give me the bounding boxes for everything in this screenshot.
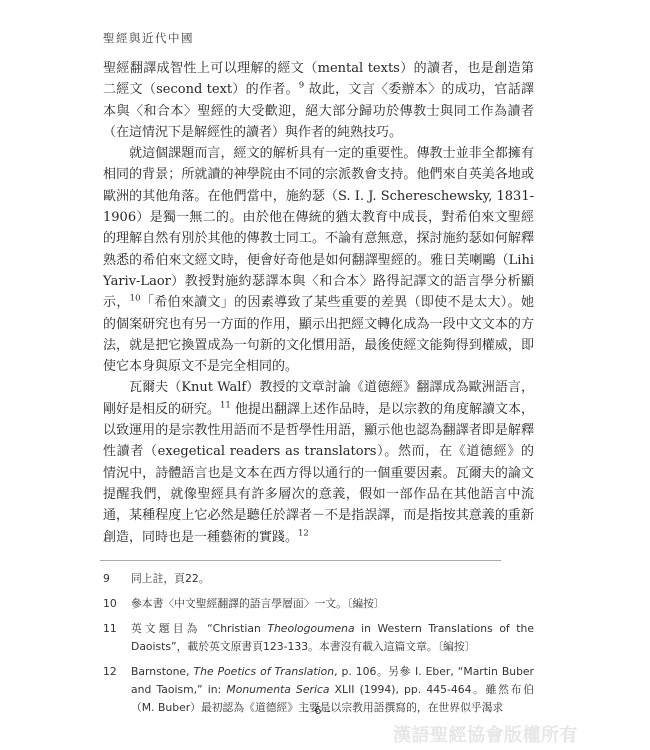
footnote-text: 英文題目為 “Christian Theologoumena in Wester… xyxy=(131,620,534,656)
text-segment: 英文題目為 “Christian xyxy=(131,622,267,635)
text-segment: Barnstone, xyxy=(131,665,194,678)
footnote-divider xyxy=(100,560,501,561)
text-segment: Monumenta Serica xyxy=(226,683,329,696)
footnote-text: 同上註，頁22。 xyxy=(131,570,534,588)
footnote-number: 10 xyxy=(103,595,131,613)
footnote-marker: 12 xyxy=(298,528,309,538)
footnote-number: 9 xyxy=(103,570,131,588)
book-page: 聖經與近代中國 聖經翻譯成智性上可以理解的經文（mental texts）的讀者… xyxy=(0,0,650,750)
text-segment: 就這個課題而言，經文的解析具有一定的重要性。傳教士並非全都擁有相同的背景；所就讀… xyxy=(103,146,534,310)
footnote: 9同上註，頁22。 xyxy=(103,570,534,588)
text-segment: 「希伯來讀文」的因素導致了某些重要的差異（即使不是太大）。她的個案研究也有另一方… xyxy=(103,295,534,374)
body-text: 聖經翻譯成智性上可以理解的經文（mental texts）的讀者，也是創造第二經… xyxy=(103,58,534,548)
body-paragraph: 瓦爾夫（Knut Walf）教授的文章討論《道德經》翻譯成為歐洲語言，剛好是相反… xyxy=(103,377,534,547)
body-paragraph: 就這個課題而言，經文的解析具有一定的重要性。傳教士並非全都擁有相同的背景；所就讀… xyxy=(103,143,534,377)
watermark: 漢語聖經協會版權所有 xyxy=(393,721,578,747)
footnote-marker: 11 xyxy=(220,400,231,410)
text-segment: Theologoumena xyxy=(267,622,354,635)
footnote: 10參本書〈中文聖經翻譯的語言學層面〉一文。〔編按〕 xyxy=(103,595,534,613)
body-paragraph: 聖經翻譯成智性上可以理解的經文（mental texts）的讀者，也是創造第二經… xyxy=(103,58,534,143)
footnotes: 9同上註，頁22。10參本書〈中文聖經翻譯的語言學層面〉一文。〔編按〕11英文題… xyxy=(103,570,534,724)
text-segment: 參本書〈中文聖經翻譯的語言學層面〉一文。〔編按〕 xyxy=(131,597,385,610)
running-header: 聖經與近代中國 xyxy=(103,30,194,46)
text-segment: The Poetics of Translation xyxy=(194,665,335,678)
page-number: - 6 - xyxy=(103,704,534,717)
text-segment: 他提出翻譯上述作品時，是以宗教的角度解讀文本，以致運用的是宗教性用語而不是哲學性… xyxy=(103,402,534,545)
footnote-text: 參本書〈中文聖經翻譯的語言學層面〉一文。〔編按〕 xyxy=(131,595,534,613)
text-segment: 同上註，頁22。 xyxy=(131,572,210,585)
footnote-number: 11 xyxy=(103,620,131,656)
footnote: 11英文題目為 “Christian Theologoumena in West… xyxy=(103,620,534,656)
footnote-marker: 10 xyxy=(130,294,141,304)
